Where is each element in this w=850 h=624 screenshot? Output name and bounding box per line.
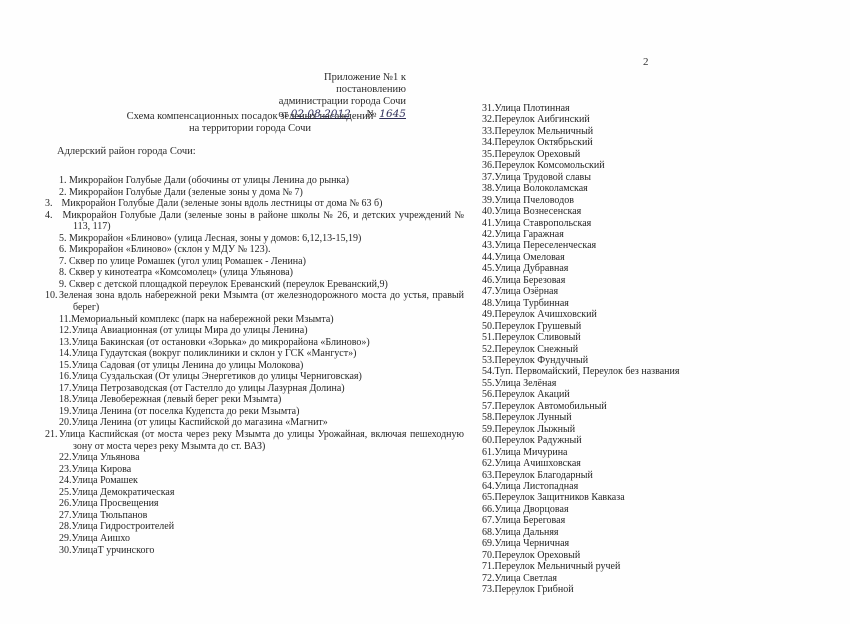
list-item: 70.Переулок Ореховый xyxy=(482,550,772,561)
item-text: Мемориальный комплекс (парк на набережно… xyxy=(71,314,334,325)
item-number: 27. xyxy=(59,510,72,522)
item-number: 35. xyxy=(482,149,495,160)
list-item: 52.Переулок Снежный xyxy=(482,344,772,355)
list-item: 19.Улица Ленина (от поселка Кудепста до … xyxy=(59,406,464,418)
list-item: 20.Улица Ленина (от улицы Каспийской до … xyxy=(59,417,464,429)
item-text: Улица Зелёная xyxy=(495,378,557,389)
list-item: 11.Мемориальный комплекс (парк на набере… xyxy=(59,314,464,326)
item-number: 26. xyxy=(59,498,72,510)
item-text: Переулок Фундучный xyxy=(495,355,589,366)
item-text: Улица Кирова xyxy=(72,464,132,475)
item-text: Улица Садовая (от улицы Ленина до улицы … xyxy=(72,360,304,371)
item-number: 65. xyxy=(482,492,495,503)
item-text: Улица Дальняя xyxy=(495,527,559,538)
item-number: 63. xyxy=(482,470,495,481)
item-text: Микрорайон Голубые Дали (обочины от улиц… xyxy=(67,175,349,186)
item-text: Улица Тюльпанов xyxy=(72,510,148,521)
item-text: Переулок Благодарный xyxy=(495,470,593,481)
item-number: 39. xyxy=(482,195,495,206)
list-item: 56.Переулок Акаций xyxy=(482,389,772,400)
list-item: 31.Улица Плотинная xyxy=(482,103,772,114)
list-item: 22.Улица Ульянова xyxy=(59,452,464,464)
item-number: 68. xyxy=(482,527,495,538)
item-number: 13. xyxy=(59,337,72,349)
list-item: 32.Переулок Аибгинский xyxy=(482,114,772,125)
item-text: Переулок Аибгинский xyxy=(495,114,590,125)
list-item: 36.Переулок Комсомольский xyxy=(482,160,772,171)
item-text: Микрорайон Голубые Дали (зеленые зоны у … xyxy=(67,187,303,198)
list-item: 9. Сквер с детской площадкой переулок Ер… xyxy=(59,279,464,291)
list-item: 25.Улица Демократическая xyxy=(59,487,464,499)
list-item: 7. Сквер по улице Ромашек (угол улиц Ром… xyxy=(59,256,464,268)
list-item: 6. Микрорайон «Блиново» (склон у МДУ № 1… xyxy=(59,244,464,256)
list-item: 54.Туп. Первомайский, Переулок без назва… xyxy=(482,366,772,377)
list-item: 72.Улица Светлая xyxy=(482,573,772,584)
item-text: Улица Ульянова xyxy=(72,452,140,463)
list-item: 71.Переулок Мельничный ручей xyxy=(482,561,772,572)
item-text: Улица Листопадная xyxy=(495,481,579,492)
list-item: 8. Сквер у кинотеатра «Комсомолец» (улиц… xyxy=(59,267,464,279)
list-item: 1. Микрорайон Голубые Дали (обочины от у… xyxy=(59,175,464,187)
list-item: 61.Улица Мичурина xyxy=(482,447,772,458)
item-text: Переулок Ореховый xyxy=(495,550,581,561)
item-text: Улица Авиационная (от улицы Мира до улиц… xyxy=(72,325,308,336)
item-number: 19. xyxy=(59,406,72,418)
item-number: 57. xyxy=(482,401,495,412)
list-item: 55.Улица Зелёная xyxy=(482,378,772,389)
item-text: Улица Трудовой славы xyxy=(495,172,591,183)
item-number: 44. xyxy=(482,252,495,263)
item-text: Улица Мичурина xyxy=(495,447,568,458)
list-item: 34.Переулок Октябрьский xyxy=(482,137,772,148)
item-text: Туп. Первомайский, Переулок без названия xyxy=(495,366,680,377)
item-text: Сквер по улице Ромашек (угол улиц Ромаше… xyxy=(67,256,306,267)
item-number: 67. xyxy=(482,515,495,526)
list-item: 23.Улица Кирова xyxy=(59,464,464,476)
item-number: 52. xyxy=(482,344,495,355)
item-text: Улица Петрозаводская (от Гастелло до ули… xyxy=(72,383,345,394)
item-number: 24. xyxy=(59,475,72,487)
item-text: Микрорайон «Блиново» (улица Лесная, зоны… xyxy=(67,233,362,244)
item-number: 2. xyxy=(59,187,67,199)
list-item: 16.Улица Суздальская (От улицы Энергетик… xyxy=(59,371,464,383)
item-text: Улица Левобережная (левый берег реки Мзы… xyxy=(72,394,282,405)
item-text: Улица Береговая xyxy=(495,515,566,526)
item-number: 64. xyxy=(482,481,495,492)
item-number: 71. xyxy=(482,561,495,572)
list-item: 67.Улица Береговая xyxy=(482,515,772,526)
item-text: Улица Аишхо xyxy=(72,533,130,544)
item-number: 51. xyxy=(482,332,495,343)
item-number: 73. xyxy=(482,584,495,595)
item-text: Улица Светлая xyxy=(495,573,558,584)
item-text: Улица Турбинная xyxy=(495,298,569,309)
item-text: Переулок Автомобильный xyxy=(495,401,607,412)
list-item: 59.Переулок Лыжный xyxy=(482,424,772,435)
district-heading: Адлерский район города Сочи: xyxy=(57,146,196,157)
list-item: 57.Переулок Автомобильный xyxy=(482,401,772,412)
list-item: 15.Улица Садовая (от улицы Ленина до ули… xyxy=(59,360,464,372)
list-item: 28.Улица Гидростроителей xyxy=(59,521,464,533)
item-number: 48. xyxy=(482,298,495,309)
item-text: Переулок Мельничный ручей xyxy=(495,561,621,572)
item-number: 20. xyxy=(59,417,72,429)
item-number: 11. xyxy=(59,314,71,326)
list-item: 49.Переулок Ачишховский xyxy=(482,309,772,320)
item-number: 22. xyxy=(59,452,72,464)
list-item: 39.Улица Пчеловодов xyxy=(482,195,772,206)
item-number: 36. xyxy=(482,160,495,171)
list-item: 41.Улица Ставропольская xyxy=(482,218,772,229)
item-number: 54. xyxy=(482,366,495,377)
item-text: Улица Гудаутская (вокруг поликлиники и с… xyxy=(72,348,357,359)
item-text: Улица Ставропольская xyxy=(495,218,592,229)
item-number: 8. xyxy=(59,267,67,279)
item-number: 37. xyxy=(482,172,495,183)
planting-sites-list-left: 1. Микрорайон Голубые Дали (обочины от у… xyxy=(59,175,464,556)
list-item: 26.Улица Просвещения xyxy=(59,498,464,510)
item-number: 23. xyxy=(59,464,72,476)
item-text: Улица Ленина (от улицы Каспийской до маг… xyxy=(72,417,328,428)
item-number: 16. xyxy=(59,371,72,383)
item-text: Улица Омеловая xyxy=(495,252,565,263)
list-item: 2. Микрорайон Голубые Дали (зеленые зоны… xyxy=(59,187,464,199)
item-number: 50. xyxy=(482,321,495,332)
item-number: 15. xyxy=(59,360,72,372)
item-number: 34. xyxy=(482,137,495,148)
planting-sites-list-right: 31.Улица Плотинная32.Переулок Аибгинский… xyxy=(482,103,772,595)
appendix-line-2: администрации города Сочи xyxy=(258,96,406,108)
item-text: Переулок Сливовый xyxy=(495,332,581,343)
item-text: Переулок Ореховый xyxy=(495,149,581,160)
list-item: 69.Улица Черничная xyxy=(482,538,772,549)
item-text: Улица Вознесенская xyxy=(495,206,582,217)
item-text: Переулок Комсомольский xyxy=(495,160,605,171)
list-item: 14.Улица Гудаутская (вокруг поликлиники … xyxy=(59,348,464,360)
list-item: 29.Улица Аишхо xyxy=(59,533,464,545)
title-line-1: Схема компенсационных посадок зеленых на… xyxy=(80,111,420,123)
item-number: 1. xyxy=(59,175,67,187)
item-text: Улица Озёрная xyxy=(495,286,559,297)
item-text: Улица Ачишховская xyxy=(495,458,581,469)
item-number: 66. xyxy=(482,504,495,515)
item-text: Улица Ромашек xyxy=(72,475,138,486)
item-number: 42. xyxy=(482,229,495,240)
item-number: 30. xyxy=(59,545,72,557)
item-text: Улица Гаражная xyxy=(495,229,564,240)
item-text: Переулок Мельничный xyxy=(495,126,594,137)
list-item: 40.Улица Вознесенская xyxy=(482,206,772,217)
item-number: 69. xyxy=(482,538,495,549)
list-item: 65.Переулок Защитников Кавказа xyxy=(482,492,772,503)
item-number: 32. xyxy=(482,114,495,125)
list-item: 58.Переулок Лунный xyxy=(482,412,772,423)
item-number: 14. xyxy=(59,348,72,360)
list-item: 27.Улица Тюльпанов xyxy=(59,510,464,522)
item-number: 18. xyxy=(59,394,72,406)
list-item: 60.Переулок Радужный xyxy=(482,435,772,446)
item-number: 56. xyxy=(482,389,495,400)
list-item: 37.Улица Трудовой славы xyxy=(482,172,772,183)
item-text: Улица Дубравная xyxy=(495,263,569,274)
item-text: Улица Просвещения xyxy=(72,498,159,509)
scan-artifact xyxy=(512,590,513,595)
list-item: 5. Микрорайон «Блиново» (улица Лесная, з… xyxy=(59,233,464,245)
item-text: Сквер у кинотеатра «Комсомолец» (улица У… xyxy=(67,267,293,278)
list-item: 62.Улица Ачишховская xyxy=(482,458,772,469)
item-text: УлицаТ урчинского xyxy=(72,545,155,556)
list-item: 30.УлицаТ урчинского xyxy=(59,545,464,557)
item-number: 6. xyxy=(59,244,67,256)
item-text: Улица Переселенческая xyxy=(495,240,597,251)
item-number: 62. xyxy=(482,458,495,469)
item-text: Улица Бакинская (от остановки «Зорька» д… xyxy=(72,337,370,348)
item-text: Улица Волоколамская xyxy=(495,183,588,194)
item-text: Переулок Октябрьский xyxy=(495,137,593,148)
item-text: Переулок Лунный xyxy=(495,412,572,423)
item-text: Микрорайон Голубые Дали (зеленые зоны вд… xyxy=(59,198,382,209)
item-text: Улица Демократическая xyxy=(72,487,175,498)
document-title: Схема компенсационных посадок зеленых на… xyxy=(80,111,420,135)
item-number: 72. xyxy=(482,573,495,584)
item-text: Переулок Акаций xyxy=(495,389,570,400)
item-number: 61. xyxy=(482,447,495,458)
item-text: Переулок Грибной xyxy=(495,584,574,595)
item-number: 9. xyxy=(59,279,67,291)
item-number: 28. xyxy=(59,521,72,533)
list-item: 10.Зеленая зона вдоль набережной реки Мз… xyxy=(59,290,464,313)
list-item: 51.Переулок Сливовый xyxy=(482,332,772,343)
item-number: 5. xyxy=(59,233,67,245)
scanned-document-page: 2 Приложение №1 к постановлению админист… xyxy=(0,0,850,624)
item-text: Улица Гидростроителей xyxy=(72,521,175,532)
list-item: 63.Переулок Благодарный xyxy=(482,470,772,481)
item-number: 55. xyxy=(482,378,495,389)
item-number: 41. xyxy=(482,218,495,229)
list-item: 47.Улица Озёрная xyxy=(482,286,772,297)
list-item: 43.Улица Переселенческая xyxy=(482,240,772,251)
item-text: Улица Ленина (от поселка Кудепста до рек… xyxy=(72,406,300,417)
list-item: 4. Микрорайон Голубые Дали (зеленые зоны… xyxy=(59,210,464,233)
item-number: 49. xyxy=(482,309,495,320)
list-item: 68.Улица Дальняя xyxy=(482,527,772,538)
item-number: 60. xyxy=(482,435,495,446)
list-item: 64.Улица Листопадная xyxy=(482,481,772,492)
item-text: Переулок Ачишховский xyxy=(495,309,597,320)
list-item: 66.Улица Дворцовая xyxy=(482,504,772,515)
item-number: 40. xyxy=(482,206,495,217)
item-text: Микрорайон Голубые Дали (зеленые зоны в … xyxy=(59,210,464,233)
list-item: 35.Переулок Ореховый xyxy=(482,149,772,160)
list-item: 3. Микрорайон Голубые Дали (зеленые зоны… xyxy=(59,198,464,210)
item-number: 7. xyxy=(59,256,67,268)
list-item: 17.Улица Петрозаводская (от Гастелло до … xyxy=(59,383,464,395)
item-text: Улица Дворцовая xyxy=(495,504,569,515)
item-text: Улица Черничная xyxy=(495,538,570,549)
item-text: Сквер с детской площадкой переулок Ерева… xyxy=(67,279,388,290)
item-number: 38. xyxy=(482,183,495,194)
item-number: 29. xyxy=(59,533,72,545)
item-text: Улица Березовая xyxy=(495,275,566,286)
item-text: Улица Плотинная xyxy=(495,103,570,114)
title-line-2: на территории города Сочи xyxy=(80,123,420,135)
item-number: 45. xyxy=(482,263,495,274)
item-text: Улица Суздальская (От улицы Энергетиков … xyxy=(72,371,362,382)
list-item: 38.Улица Волоколамская xyxy=(482,183,772,194)
item-number: 59. xyxy=(482,424,495,435)
item-number: 17. xyxy=(59,383,72,395)
item-number: 25. xyxy=(59,487,72,499)
item-text: Переулок Радужный xyxy=(495,435,582,446)
item-text: Переулок Защитников Кавказа xyxy=(495,492,625,503)
list-item: 53.Переулок Фундучный xyxy=(482,355,772,366)
list-item: 73.Переулок Грибной xyxy=(482,584,772,595)
list-item: 13.Улица Бакинская (от остановки «Зорька… xyxy=(59,337,464,349)
list-item: 44.Улица Омеловая xyxy=(482,252,772,263)
list-item: 18.Улица Левобережная (левый берег реки … xyxy=(59,394,464,406)
item-text: Переулок Грушевый xyxy=(495,321,582,332)
item-text: Улица Каспийская (от моста через реку Мз… xyxy=(59,429,464,452)
item-number: 47. xyxy=(482,286,495,297)
list-item: 42.Улица Гаражная xyxy=(482,229,772,240)
item-text: Улица Пчеловодов xyxy=(495,195,574,206)
item-number: 33. xyxy=(482,126,495,137)
item-text: Зеленая зона вдоль набережной реки Мзымт… xyxy=(59,290,464,313)
item-number: 53. xyxy=(482,355,495,366)
item-number: 12. xyxy=(59,325,72,337)
item-number: 31. xyxy=(482,103,495,114)
item-number: 43. xyxy=(482,240,495,251)
list-item: 45.Улица Дубравная xyxy=(482,263,772,274)
list-item: 46.Улица Березовая xyxy=(482,275,772,286)
item-number: 46. xyxy=(482,275,495,286)
page-number: 2 xyxy=(643,56,649,68)
list-item: 12.Улица Авиационная (от улицы Мира до у… xyxy=(59,325,464,337)
list-item: 50.Переулок Грушевый xyxy=(482,321,772,332)
item-text: Переулок Лыжный xyxy=(495,424,576,435)
appendix-line-1: Приложение №1 к постановлению xyxy=(258,72,406,96)
list-item: 21.Улица Каспийская (от моста через реку… xyxy=(59,429,464,452)
list-item: 33.Переулок Мельничный xyxy=(482,126,772,137)
list-item: 48.Улица Турбинная xyxy=(482,298,772,309)
item-text: Микрорайон «Блиново» (склон у МДУ № 123)… xyxy=(67,244,271,255)
list-item: 24.Улица Ромашек xyxy=(59,475,464,487)
item-number: 70. xyxy=(482,550,495,561)
item-number: 58. xyxy=(482,412,495,423)
item-text: Переулок Снежный xyxy=(495,344,579,355)
